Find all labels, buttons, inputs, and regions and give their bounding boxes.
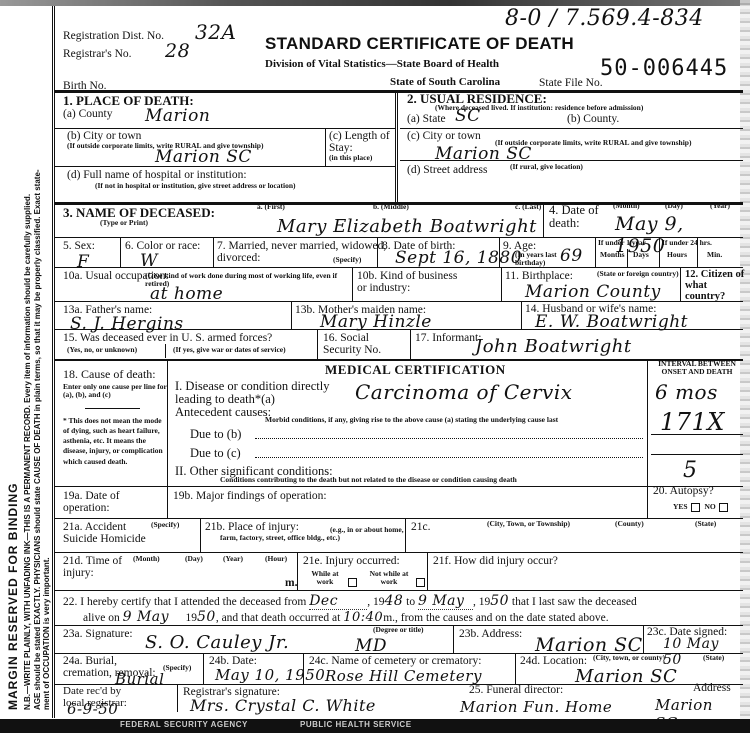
degree-label: (Degree or title) xyxy=(373,626,424,634)
not-at-work-checkbox[interactable] xyxy=(416,578,425,587)
alive-year-prefix: 19 xyxy=(185,612,197,624)
cemetery-value[interactable]: Rose Hill Cemetery xyxy=(325,667,482,685)
funeral-director-value[interactable]: Marion Fun. Home xyxy=(460,698,612,716)
under-hours-label: If under 24 hrs. xyxy=(662,239,742,247)
signature-label: 23a. Signature: xyxy=(63,628,133,640)
scan-edge-bottom: FEDERAL SECURITY AGENCY PUBLIC HEALTH SE… xyxy=(0,719,750,733)
top-annotation: 8-0 / 7.569.4-834 xyxy=(505,6,704,31)
birthplace-label: 11. Birthplace: xyxy=(505,270,573,282)
burial-specify: (Specify) xyxy=(163,664,191,672)
antecedent-causes-label: Antecedent causes: xyxy=(175,406,271,419)
residence-state-value[interactable]: SC xyxy=(455,106,481,126)
while-at-work-checkbox[interactable] xyxy=(348,578,357,587)
days-label: Days xyxy=(633,251,649,259)
date-signed-value[interactable]: 10 May 50 xyxy=(663,636,740,668)
street-address-label: (d) Street address xyxy=(407,164,487,176)
marital-status-label: 7. Married, never married, widowed, divo… xyxy=(217,240,407,264)
autopsy-options: YES NO xyxy=(673,503,731,512)
accident-specify: (Specify) xyxy=(151,521,179,529)
funeral-director-label: 25. Funeral director: xyxy=(469,684,563,696)
alive-year-value[interactable]: 50 xyxy=(197,609,216,625)
registrar-no-value[interactable]: 28 xyxy=(165,40,190,62)
registrar-no-label: Registrar's No. xyxy=(63,48,132,60)
sex-value[interactable]: F xyxy=(77,252,89,272)
injury-hour-label: (Hour) xyxy=(265,555,287,563)
registration-dist-label: Registration Dist. No. xyxy=(63,30,164,42)
operation-findings-label: 19b. Major findings of operation: xyxy=(173,490,327,502)
burial-date-value[interactable]: May 10, 1950 xyxy=(215,666,325,684)
margin-instruction-1: N.B.—WRITE PLAINLY, WITH UNFADING INK—TH… xyxy=(23,194,32,710)
autopsy-no-checkbox[interactable] xyxy=(719,503,728,512)
pod-county-value[interactable]: Marion xyxy=(145,106,210,126)
injury-m-label: m. xyxy=(285,577,297,589)
injury-city-note: (City, Town, or Township) xyxy=(487,520,570,528)
hospital-label: (d) Full name of hospital or institution… xyxy=(67,169,247,181)
disease-condition-label: I. Disease or condition directly leading… xyxy=(175,380,345,406)
last-name-label: c. (Last) xyxy=(515,203,541,211)
cause-of-death-note: Enter only one cause per line for (a), (… xyxy=(63,383,167,400)
state-name: State of South Carolina xyxy=(390,76,500,88)
state-file-number[interactable]: 50-006445 xyxy=(600,56,728,81)
time-of-injury-label: 21d. Time of injury: xyxy=(63,555,143,579)
death-time-value[interactable]: 10:40 xyxy=(343,610,383,625)
physician-address-label: 23b. Address: xyxy=(459,628,522,640)
residence-city-value[interactable]: Marion SC xyxy=(435,144,532,164)
date-received-value[interactable]: 6-9-50 xyxy=(67,700,118,718)
division-name: Division of Vital Statistics—State Board… xyxy=(265,58,499,70)
dod-year-label: (Year) xyxy=(710,202,730,210)
pod-city-value[interactable]: Marion SC xyxy=(155,147,252,167)
injury-location-label: 21c. xyxy=(411,521,430,533)
residence-county-label: (b) County. xyxy=(567,113,619,125)
race-value[interactable]: W xyxy=(140,251,158,271)
attended-year2-value[interactable]: 50 xyxy=(490,593,509,609)
autopsy-yes-label: YES xyxy=(673,502,688,511)
cause-code-value[interactable]: 171X xyxy=(660,408,725,436)
certify-text-a: 22. I hereby certify that I attended the… xyxy=(63,596,306,608)
certify-line-2: alive on 9 May 1950, and that death occu… xyxy=(83,610,609,626)
certificate-title: STANDARD CERTIFICATE OF DEATH xyxy=(265,34,574,54)
accident-type-label: 21a. Accident Suicide Homicide xyxy=(63,521,148,545)
medical-certification-heading: MEDICAL CERTIFICATION xyxy=(325,362,506,378)
registration-dist-value[interactable]: 32A xyxy=(195,20,236,44)
under-year-label: If under 1 year xyxy=(598,239,658,247)
antecedent-causes-note: Morbid conditions, if any, giving rise t… xyxy=(265,416,558,424)
length-of-stay-label: (c) Length of Stay: xyxy=(329,130,395,154)
armed-forces-note-1: (Yes, no, or unknown) xyxy=(67,346,137,354)
dod-day-label: (Day) xyxy=(665,202,683,210)
injury-month-label: (Month) xyxy=(133,555,160,563)
death-occurred-text: , and that death occurred at xyxy=(216,612,341,624)
margin-instruction-3: ment of OCCUPATION is very important. xyxy=(42,557,51,710)
autopsy-no-label: NO xyxy=(704,502,715,511)
autopsy-label: 20. Autopsy? xyxy=(653,485,714,497)
residence-state-label: (a) State xyxy=(407,113,446,125)
father-name-value[interactable]: S. J. Hergins xyxy=(70,314,184,334)
year1-prefix: 19 xyxy=(373,596,385,608)
first-name-label: a. (First) xyxy=(257,203,285,211)
footer-service: PUBLIC HEALTH SERVICE xyxy=(300,720,412,729)
name-heading-note: (Type or Print) xyxy=(100,219,148,227)
attended-from-value[interactable]: Dec xyxy=(309,594,367,610)
year2-prefix: 19 xyxy=(479,596,491,608)
injury-state-note: (State) xyxy=(695,520,716,528)
burial-state-note: (State) xyxy=(703,654,724,662)
marital-specify: (Specify) xyxy=(333,256,361,264)
operation-date-label: 19a. Date of operation: xyxy=(63,490,163,514)
injury-day-label: (Day) xyxy=(185,555,203,563)
certify-text-c: m., from the causes and on the date stat… xyxy=(383,612,608,624)
sex-label: 5. Sex: xyxy=(63,240,95,252)
length-of-stay-note: (in this place) xyxy=(329,154,372,162)
race-label: 6. Color or race: xyxy=(125,240,200,252)
hospital-note: (If not in hospital or institution, give… xyxy=(95,182,296,190)
other-mark-value[interactable]: 5 xyxy=(683,458,698,483)
cemetery-label: 24c. Name of cemetery or crematory: xyxy=(309,655,481,667)
dod-month-label: (Month) xyxy=(613,202,640,210)
residence-city-label: (c) City or town xyxy=(407,130,481,142)
street-address-note: (If rural, give location) xyxy=(510,163,583,171)
not-at-work-label: Not while at work xyxy=(365,570,413,587)
armed-forces-note-2: (If yes, give war or dates of service) xyxy=(173,346,286,354)
birthplace-value[interactable]: Marion County xyxy=(525,282,661,302)
deceased-name-value[interactable]: Mary Elizabeth Boatwright xyxy=(277,216,537,237)
due-to-b-label: Due to (b) xyxy=(190,428,241,441)
months-label: Months xyxy=(600,251,625,259)
armed-forces-label: 15. Was deceased ever in U. S. armed for… xyxy=(63,332,272,344)
footer-agency: FEDERAL SECURITY AGENCY xyxy=(120,720,248,729)
autopsy-yes-checkbox[interactable] xyxy=(691,503,700,512)
informant-label: 17. Informant: xyxy=(415,332,481,344)
state-file-label: State File No. xyxy=(539,77,603,89)
interval-a-value[interactable]: 6 mos xyxy=(655,380,718,404)
min-label: Min. xyxy=(707,251,722,259)
margin-title: MARGIN RESERVED FOR BINDING xyxy=(6,483,20,710)
asterisk-note: * This does not mean the mode of dying, … xyxy=(63,416,167,467)
middle-name-label: b. (Middle) xyxy=(373,203,409,211)
alive-on-value[interactable]: 9 May xyxy=(123,610,183,626)
while-at-work-label: While at work xyxy=(305,570,345,587)
injury-year-label: (Year) xyxy=(223,555,243,563)
binding-margin: MARGIN RESERVED FOR BINDING N.B.—WRITE P… xyxy=(0,10,50,720)
burial-location-note: (City, town, or county) xyxy=(593,654,665,662)
cause-of-death-label: 18. Cause of death: xyxy=(63,368,156,381)
disease-condition-value[interactable]: Carcinoma of Cervix xyxy=(355,380,573,404)
ssn-label: 16. Social Security No. xyxy=(323,332,403,356)
other-conditions-note: Conditions contributing to the death but… xyxy=(220,476,517,484)
funeral-address-label: Address xyxy=(693,682,731,694)
birthplace-note: (State or foreign country) xyxy=(597,270,679,278)
registrar-signature-value[interactable]: Mrs. Crystal C. White xyxy=(190,696,376,715)
hours-label: Hours xyxy=(667,251,687,259)
pod-county-label: (a) County xyxy=(63,108,113,120)
citizen-label: 12. Citizen of what country? xyxy=(685,269,745,302)
interval-heading: INTERVAL BETWEEN ONSET AND DEATH xyxy=(651,360,743,377)
attended-to-value[interactable]: 9 May xyxy=(418,594,473,610)
age-value[interactable]: 69 xyxy=(560,246,583,266)
place-of-injury-note: (e.g., in or about home, farm, factory, … xyxy=(220,526,410,543)
due-to-c-label: Due to (c) xyxy=(190,447,241,460)
death-certificate-form: 8-0 / 7.569.4-834 Registration Dist. No.… xyxy=(52,6,740,718)
margin-instruction-2: AGE should be stated EXACTLY. PHYSICIANS… xyxy=(33,169,42,710)
certify-line-1: 22. I hereby certify that I attended the… xyxy=(63,594,637,610)
informant-value[interactable]: John Boatwright xyxy=(475,336,632,357)
to-label: to xyxy=(406,596,415,608)
business-label: 10b. Kind of business or industry: xyxy=(357,270,467,294)
injury-county-note: (County) xyxy=(615,520,644,528)
certify-text-b: that I last saw the deceased xyxy=(512,596,637,608)
injury-occurred-label: 21e. Injury occurred: xyxy=(303,555,400,567)
attended-year1-value[interactable]: 48 xyxy=(384,593,403,609)
alive-on-label: alive on xyxy=(83,612,120,624)
how-injury-label: 21f. How did injury occur? xyxy=(433,555,558,567)
physician-signature-value[interactable]: S. O. Cauley Jr. xyxy=(145,632,289,653)
date-of-death-label: 4. Date of death: xyxy=(549,204,609,230)
